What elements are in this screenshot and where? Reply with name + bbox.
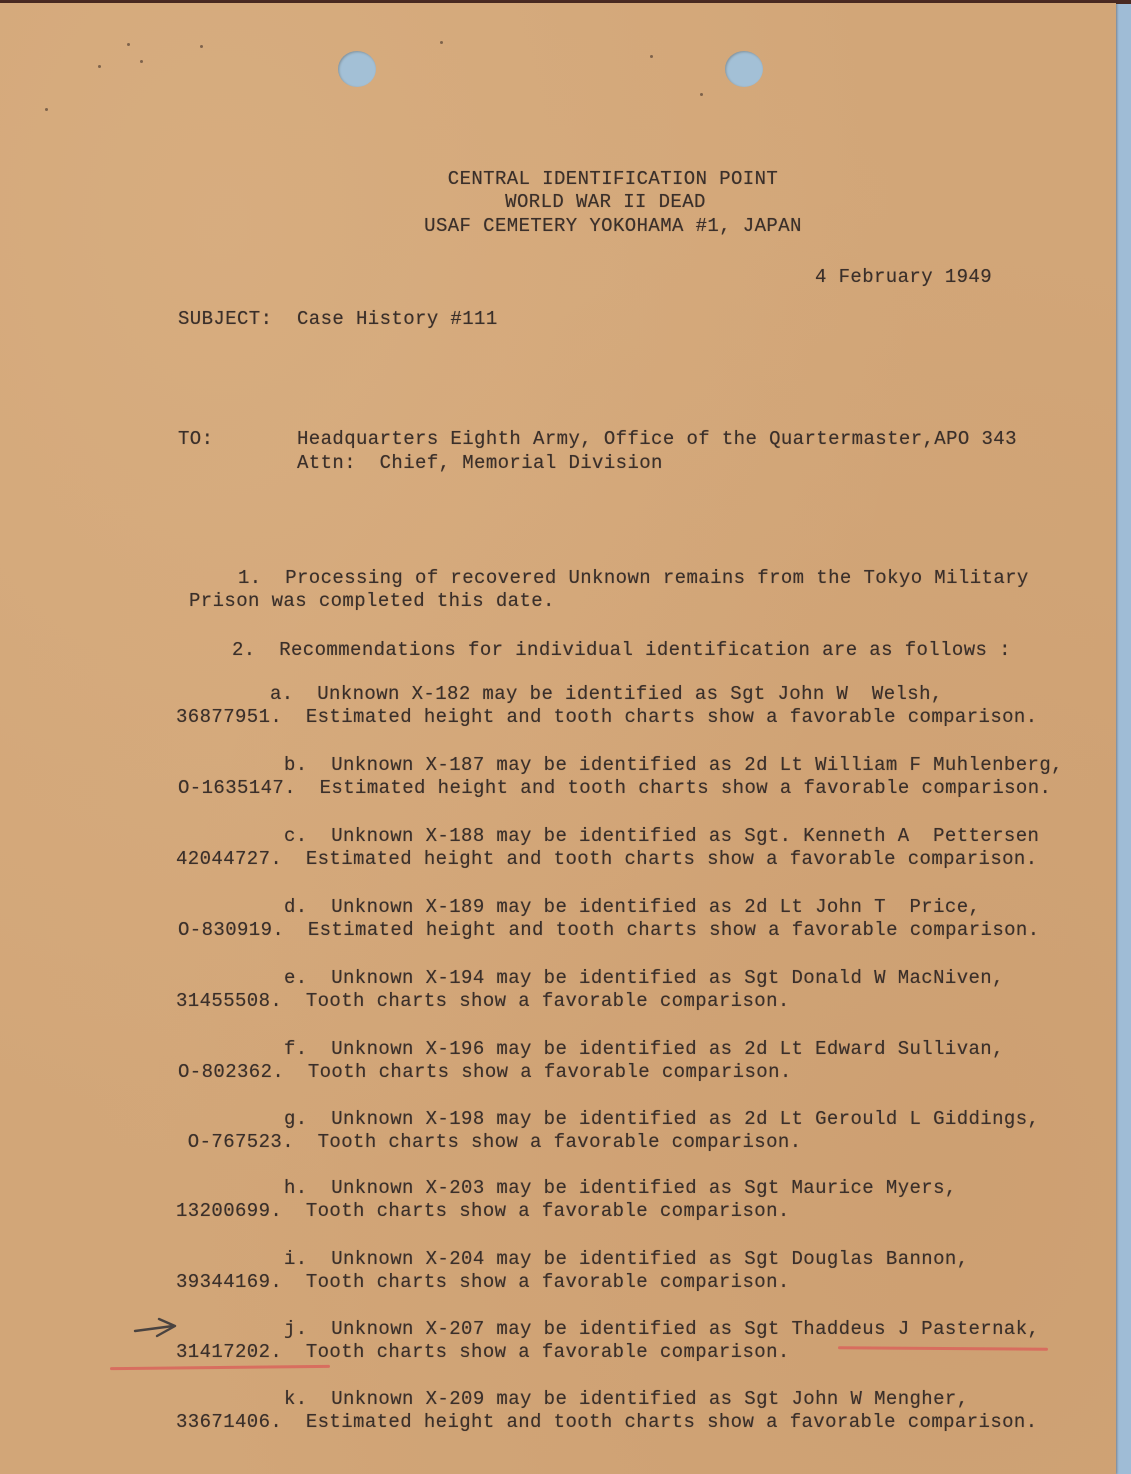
item-h-line-2: 13200699. Tooth charts show a favorable … [176,1200,790,1223]
paper-speck [127,43,130,46]
item-e-line-2: 31455508. Tooth charts show a favorable … [176,990,790,1013]
memo-page: CENTRAL IDENTIFICATION POINT WORLD WAR I… [0,3,1116,1474]
item-b-line-1: b. Unknown X-187 may be identified as 2d… [284,754,1063,777]
item-c-line-1: c. Unknown X-188 may be identified as Sg… [284,825,1039,848]
item-b-line-2: O-1635147. Estimated height and tooth ch… [178,777,1051,800]
subject-value: Case History #111 [297,308,498,331]
item-i-line-1: i. Unknown X-204 may be identified as Sg… [284,1248,969,1271]
paper-speck [700,93,703,96]
paper-speck [440,41,443,44]
handwritten-arrow-icon [133,1316,179,1340]
item-f-line-2: O-802362. Tooth charts show a favorable … [178,1061,792,1084]
header-subtitle: WORLD WAR II DEAD [0,191,1116,214]
item-k-line-1: k. Unknown X-209 may be identified as Sg… [284,1388,969,1411]
subject-label: SUBJECT: [178,308,272,331]
item-h-line-1: h. Unknown X-203 may be identified as Sg… [284,1177,957,1200]
header-organization: CENTRAL IDENTIFICATION POINT [0,168,1116,191]
item-j-line-1: j. Unknown X-207 may be identified as Sg… [284,1318,1039,1341]
item-d-line-1: d. Unknown X-189 may be identified as 2d… [284,896,980,919]
item-i-line-2: 39344169. Tooth charts show a favorable … [176,1271,790,1294]
header-location: USAF CEMETERY YOKOHAMA #1, JAPAN [0,215,1116,238]
item-g-line-1: g. Unknown X-198 may be identified as 2d… [284,1108,1039,1131]
to-recipient: Headquarters Eighth Army, Office of the … [297,428,1017,451]
paper-speck [98,65,101,68]
item-a-line-2: 36877951. Estimated height and tooth cha… [176,706,1038,729]
list-item: k. Unknown X-209 may be identified as Sg… [0,1388,1116,1474]
memo-date: 4 February 1949 [815,266,992,289]
item-j-line-2: 31417202. Tooth charts show a favorable … [176,1341,790,1364]
to-attention: Attn: Chief, Memorial Division [297,452,663,475]
paragraph-1-line-1: 1. Processing of recovered Unknown remai… [238,567,1029,590]
paper-speck [650,55,653,58]
to-label: TO: [178,428,213,451]
item-c-line-2: 42044727. Estimated height and tooth cha… [176,848,1038,871]
paper-speck [45,108,48,111]
item-d-line-2: O-830919. Estimated height and tooth cha… [178,919,1040,942]
paragraph-1-line-2: Prison was completed this date. [189,590,555,613]
paper-speck [140,60,143,63]
item-a-line-1: a. Unknown X-182 may be identified as Sg… [270,683,943,706]
item-k-line-2: 33671406. Estimated height and tooth cha… [176,1411,1038,1434]
paragraph-2: 2. Recommendations for individual identi… [232,639,1011,662]
item-g-line-2: O-767523. Tooth charts show a favorable … [176,1131,802,1154]
item-e-line-1: e. Unknown X-194 may be identified as Sg… [284,967,1004,990]
paper-speck [200,45,203,48]
item-f-line-1: f. Unknown X-196 may be identified as 2d… [284,1038,1004,1061]
punch-hole-left [338,51,376,87]
punch-hole-right [725,51,763,87]
